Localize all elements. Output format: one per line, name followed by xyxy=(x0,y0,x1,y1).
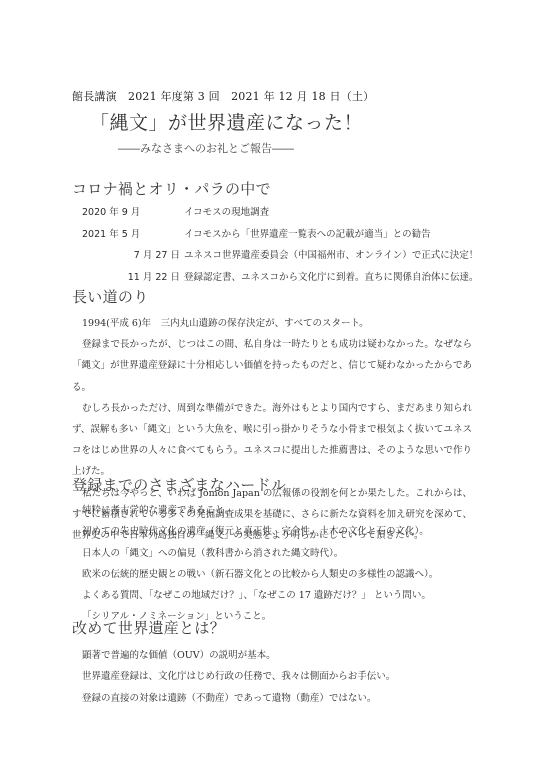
list-item: 日本人の「縄文」への偏見（教科書から消された縄文時代）。 xyxy=(82,543,438,564)
lecture-meta: 館長講演 2021 年度第 3 回 2021 年 12 月 18 日（土） xyxy=(72,88,374,104)
section-heading-heritage: 改めて世界遺産とは？ xyxy=(72,617,225,638)
paragraph: 1994(平成 6)年 三内丸山遺跡の保存決定が、すべてのスタート。 xyxy=(72,313,472,334)
timeline-text: イコモスから「世界遺産一覧表への記載が適当」との勧告 xyxy=(184,226,431,240)
section-heading-corona: コロナ禍とオリ・パラの中で xyxy=(72,178,271,199)
list-item: 顕著で普遍的な価値（OUV）の説明が基本。 xyxy=(82,645,395,666)
list-item: 世界遺産登録は、文化庁はじめ行政の任務で、我々は側面からお手伝い。 xyxy=(82,666,395,687)
paragraph: 登録まで長かったが、じつはこの間、私自身は一時たりとも成功は疑わなかった。なぜな… xyxy=(72,334,472,398)
timeline-date: 2020 年 9 月 xyxy=(82,204,164,218)
hurdles-list: 純粋に考古学的な遺産であること。 初めての先史時代文化の遺産（復元と真正性、完全… xyxy=(82,500,438,628)
timeline-date: 2021 年 5 月 xyxy=(82,226,164,240)
list-item: 欧米の伝統的歴史観との戦い（新石器文化との比較から人類史の多様性の認識へ）。 xyxy=(82,564,438,585)
list-item: 初めての先史時代文化の遺産（復元と真正性、完全性。土木の文化と石の文化）。 xyxy=(82,521,438,542)
document-page: 館長講演 2021 年度第 3 回 2021 年 12 月 18 日（土） 「縄… xyxy=(0,0,540,764)
list-item: よくある質問、「なぜこの地域だけ？」、「なぜこの 17 遺跡だけ？」 という問い… xyxy=(82,585,438,606)
paragraph: むしろ長かっただけ、周到な準備ができた。海外はもとより国内ですら、まだあまり知ら… xyxy=(72,398,472,483)
timeline-text: イコモスの現地調査 xyxy=(184,204,269,218)
list-item: 純粋に考古学的な遺産であること。 xyxy=(82,500,438,521)
list-item: 登録の直接の対象は遺跡（不動産）であって遺物（動産）ではない。 xyxy=(82,688,395,709)
timeline-date: 11 月 22 日 xyxy=(82,269,180,283)
timeline-date: 7 月 27 日 xyxy=(82,247,180,261)
section-heading-hurdles: 登録までのさまざまなハードル xyxy=(72,474,286,495)
heritage-list: 顕著で普遍的な価値（OUV）の説明が基本。 世界遺産登録は、文化庁はじめ行政の任… xyxy=(82,645,395,709)
timeline-text: ユネスコ世界遺産委員会（中国福州市、オンライン）で正式に決定！ xyxy=(184,247,478,261)
section-heading-long-road: 長い道のり xyxy=(72,286,149,307)
page-subtitle: ――みなさまへのお礼とご報告―― xyxy=(118,140,294,156)
timeline-text: 登録認定書、ユネスコから文化庁に到着。直ちに関係自治体に伝達。 xyxy=(184,269,479,283)
page-title: 「縄文」が世界遺産になった！ xyxy=(90,108,363,135)
